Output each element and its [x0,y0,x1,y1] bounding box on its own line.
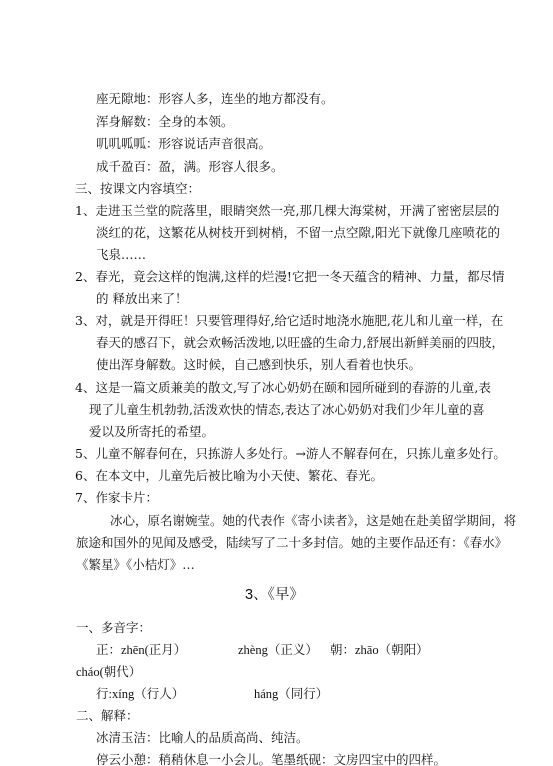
fill-item-1-cont: 淡红的花，这繁花从树枝开到树梢，不留一点空隙,阳光下就像几座喷花的 [96,225,500,241]
polyphone-chao: cháo(朝代） [76,664,141,680]
fill-item-2-cont: 的 释放出来了！ [96,291,187,307]
fill-item-1: 1、走进玉兰堂的院落里，眼睛突然一亮,那几棵大海棠树，开满了密密层层的 [75,203,499,219]
polyphone-zheng1: 正：zhēn(正月） [96,642,186,658]
fill-item-4-cont: 现了儿童生机勃勃,活泼欢快的情态,表达了冰心奶奶对我们少年儿童的喜 [89,402,484,418]
author-card-line: 《繁星》《小桔灯》… [76,557,195,573]
explain-line: 冰清玉洁：比喻人的品质高尚、纯洁。 [96,730,309,746]
fill-item-2: 2、春光，竟会这样的饱满,这样的烂漫!它把一冬天蕴含的精神、力量，都尽情 [75,269,504,285]
author-card-line: 冰心，原名谢婉莹。她的代表作《寄小读者》，这是她在赴美留学期间，将 [110,513,516,529]
fill-item-4-cont: 爱以及所寄托的希望。 [89,424,214,440]
idiom-line: 座无隙地：形容人多，连坐的地方都没有。 [96,91,334,107]
explain-heading: 二、解释： [76,708,139,724]
lesson-title: 3、《早》 [245,587,304,603]
author-card-line: 旅途和国外的见闻及感受，陆续写了二十多封信。她的主要作品还有：《春水》 [76,535,507,551]
fill-item-1-cont: 飞泉…… [96,247,146,263]
idiom-line: 浑身解数：全身的本领。 [96,114,234,130]
fill-item-6: 6、在本文中，儿童先后被比喻为小天使、繁花、春光。 [75,468,383,484]
fill-item-4: 4、这是一篇文质兼美的散文,写了冰心奶奶在颐和园所碰到的春游的儿童,表 [75,380,491,396]
fill-item-5: 5、儿童不解春何在，只拣游人多处行。→游人不解春何在，只拣儿童多处行。 [75,446,506,462]
polyphone-xing: 行:xíng（行人） [96,686,184,702]
idiom-line: 叽叽呱呱：形容说话声音很高。 [96,136,271,152]
idiom-line: 成千盈百：盈，满。形容人很多。 [96,159,284,175]
section-heading: 三、按课文内容填空： [75,181,200,197]
fill-item-3-cont: 春天的感召下，就会欢畅活泼地,以旺盛的生命力,舒展出新鲜美丽的四肢， [96,335,504,351]
polyphone-zhao: 朝：zhāo（朝阳） [330,642,429,658]
fill-item-7: 7、作家卡片： [75,490,158,506]
explain-line: 停云小憩：稍稍休息一小会儿。笔墨纸砚：文房四宝中的四样。 [96,752,446,766]
fill-item-3-cont: 使出浑身解数。这时候，自己感到快乐，别人看着也快乐。 [96,357,421,373]
polyphone-zheng2: zhèng（正义） [238,642,318,658]
fill-item-3: 3、对，就是开得旺！只要管理得好,给它适时地浇水施肥,花儿和儿童一样，在 [75,313,503,329]
polyphone-heading: 一、多音字： [76,620,151,636]
polyphone-hang: háng（同行） [254,686,328,702]
